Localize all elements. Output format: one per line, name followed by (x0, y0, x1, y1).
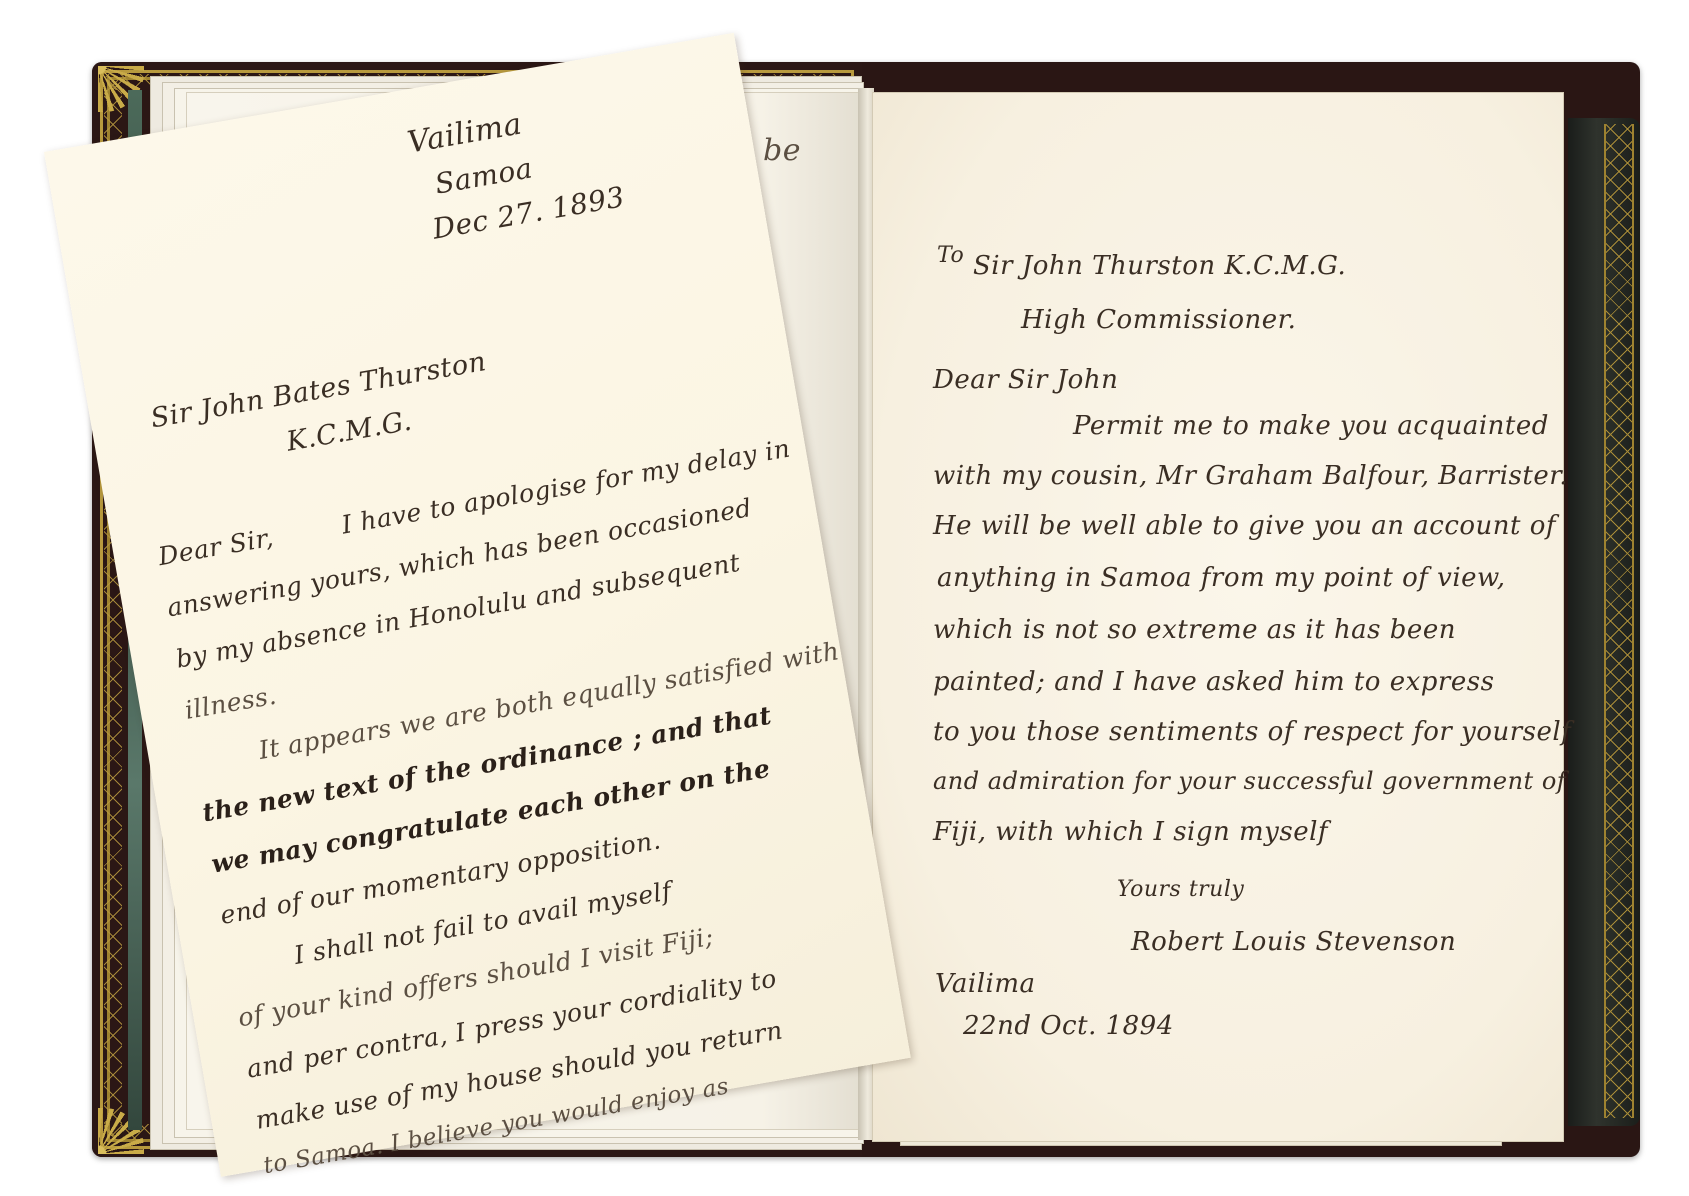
handwritten-fragment: be (763, 133, 801, 168)
right-page-letter: To Sir John Thurston K.C.M.G. High Commi… (872, 92, 1564, 1142)
body-line: Fiji, with which I sign myself (933, 817, 1328, 847)
letter-place: Vailima (405, 107, 525, 161)
closing-place: Vailima (935, 969, 1036, 999)
open-book-scene: be To Sir John Thurston K.C.M.G. High Co… (0, 0, 1689, 1196)
body-line: Permit me to make you acquainted (1073, 411, 1549, 441)
to-prefix: To (937, 243, 964, 268)
closing: Yours truly (1117, 877, 1244, 902)
body-line: which is not so extreme as it has been (933, 615, 1456, 645)
body-line: illness. (183, 681, 279, 725)
body-line: to you those sentiments of respect for y… (933, 717, 1571, 747)
body-line: painted; and I have asked him to express (933, 667, 1494, 697)
addressee-line-1: Sir John Thurston K.C.M.G. (973, 251, 1346, 281)
body-line: He will be well able to give you an acco… (933, 511, 1556, 541)
letter-region: Samoa (432, 151, 535, 200)
closing-date: 22nd Oct. 1894 (963, 1011, 1174, 1041)
body-line: anything in Samoa from my point of view, (937, 563, 1505, 593)
signature: Robert Louis Stevenson (1131, 927, 1456, 957)
addressee-line-2: K.C.M.G. (284, 406, 414, 458)
salutation: Dear Sir John (933, 365, 1118, 395)
body-line: and admiration for your successful gover… (933, 767, 1566, 795)
addressee-line-2: High Commissioner. (1021, 305, 1296, 335)
gilt-chain-right (1604, 124, 1634, 1118)
body-line: with my cousin, Mr Graham Balfour, Barri… (933, 461, 1568, 491)
salutation: Dear Sir, (156, 523, 276, 571)
